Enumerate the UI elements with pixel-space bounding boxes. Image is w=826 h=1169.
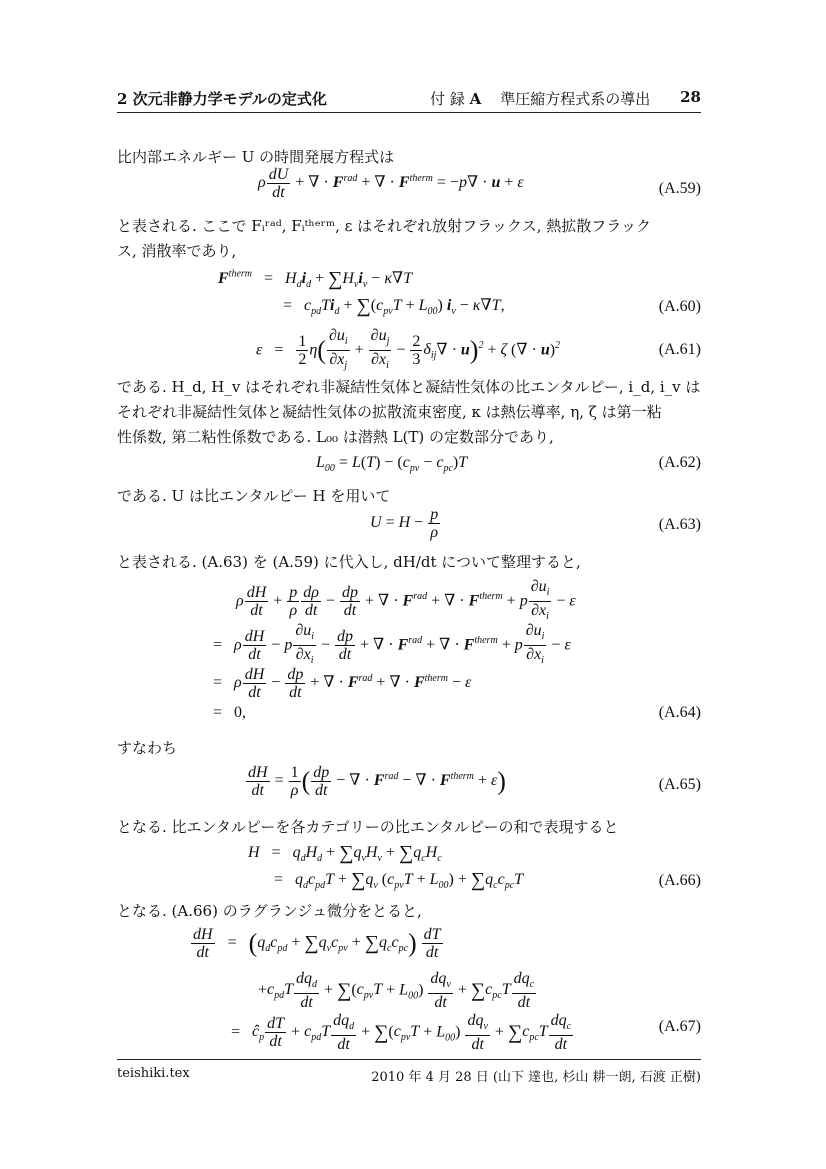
equation-A66-line2: = qdcpdT + ∑qv (cpvT + L00) + ∑qccpcT: [274, 869, 523, 892]
header-chapter: 2 次元非静力学モデルの定式化: [117, 88, 327, 109]
equation-A63: U = H − pρ: [370, 506, 441, 541]
paragraph-3c: 性係数, 第二粘性係数である. L₀₀ は潜熱 L(T) の定数部分であり,: [117, 426, 554, 447]
equation-number: (A.59): [659, 180, 701, 198]
equation-A67-line2: +cpdTdqddt + ∑(cpvT + L00) dqvdt + ∑cpcT…: [258, 970, 537, 1011]
equation-A64-line3: = ρdHdt − dpdt + ∇ · Frad + ∇ · Ftherm −…: [213, 666, 471, 701]
equation-A64-line4: = 0,: [213, 704, 246, 722]
footer-date-authors: 2010 年 4 月 28 日 (山下 達也, 杉山 耕一朗, 石渡 正樹): [371, 1066, 701, 1085]
paragraph-3a: である. H_d, H_v はそれぞれ非凝結性気体と凝結性気体の比エンタルピー,…: [117, 376, 700, 397]
equation-number: (A.60): [659, 298, 701, 316]
equation-A59: ρdUdt + ∇ · Frad + ∇ · Ftherm = −p∇ · u …: [258, 166, 524, 201]
paragraph-5: と表される. (A.63) を (A.59) に代入し, dH/dt について整…: [117, 551, 581, 572]
equation-number: (A.61): [659, 341, 701, 359]
equation-number: (A.64): [659, 704, 701, 722]
equation-A62: L00 = L(T) − (cpv − cpc)T: [316, 454, 467, 474]
paragraph-8: となる. (A.66) のラグランジュ微分をとると,: [117, 900, 422, 921]
paragraph-3b: それぞれ非凝結性気体と凝結性気体の拡散流束密度, κ は熱伝導率, η, ζ は…: [117, 401, 662, 422]
header-appendix: 付 録 A 準圧縮方程式系の導出: [430, 88, 650, 109]
running-header: 2 次元非静力学モデルの定式化 付 録 A 準圧縮方程式系の導出 28: [117, 88, 701, 110]
equation-A67-line3: = ĉpdTdt + cpdTdqddt + ∑(cpvT + L00) dqv…: [231, 1012, 574, 1053]
equation-number: (A.65): [659, 776, 701, 794]
equation-A67-line1: dHdt = (qdcpd + ∑qvcpv + ∑qccpc) dTdt: [190, 926, 444, 961]
equation-A65: dHdt = 1ρ(dpdt − ∇ · Frad − ∇ · Ftherm +…: [245, 764, 506, 799]
equation-A66-line1: H = qdHd + ∑qvHv + ∑qcHc: [248, 842, 442, 865]
equation-number: (A.62): [659, 454, 701, 472]
paragraph-6: すなわち: [117, 737, 177, 758]
paragraph-4: である. U は比エンタルピー H を用いて: [117, 485, 390, 506]
page-number: 28: [680, 88, 701, 106]
equation-A64-line1: ρdHdt + pρdρdt − dpdt + ∇ · Frad + ∇ · F…: [236, 578, 576, 625]
paragraph-1: 比内部エネルギー U の時間発展方程式は: [117, 146, 394, 167]
equation-A64-line2: = ρdHdt − p∂ui∂xi − dpdt + ∇ · Frad + ∇ …: [213, 622, 571, 669]
equation-A60-line2: = cpdTid + ∑(cpvT + L00) iv − κ∇T,: [283, 295, 505, 318]
equation-A61: ε = 12η(∂ui∂xj + ∂uj∂xi − 23δij∇ · u)2 +…: [256, 327, 560, 374]
equation-A60-line1: Ftherm = Hdid + ∑Hviv − κ∇T: [218, 268, 412, 291]
paragraph-7: となる. 比エンタルピーを各カテゴリーの比エンタルピーの和で表現すると: [117, 816, 619, 837]
paragraph-2a: と表される. ここで Fᵢʳᵃᵈ, Fᵢᵗʰᵉʳᵐ, ε はそれぞれ放射フラック…: [117, 215, 651, 236]
equation-number: (A.67): [659, 1018, 701, 1036]
equation-number: (A.66): [659, 872, 701, 890]
paragraph-2b: ス, 消散率であり,: [117, 240, 236, 261]
footer-rule: [117, 1059, 701, 1060]
footer-filename: teishiki.tex: [117, 1066, 190, 1081]
header-rule: [117, 112, 701, 113]
equation-number: (A.63): [659, 516, 701, 534]
